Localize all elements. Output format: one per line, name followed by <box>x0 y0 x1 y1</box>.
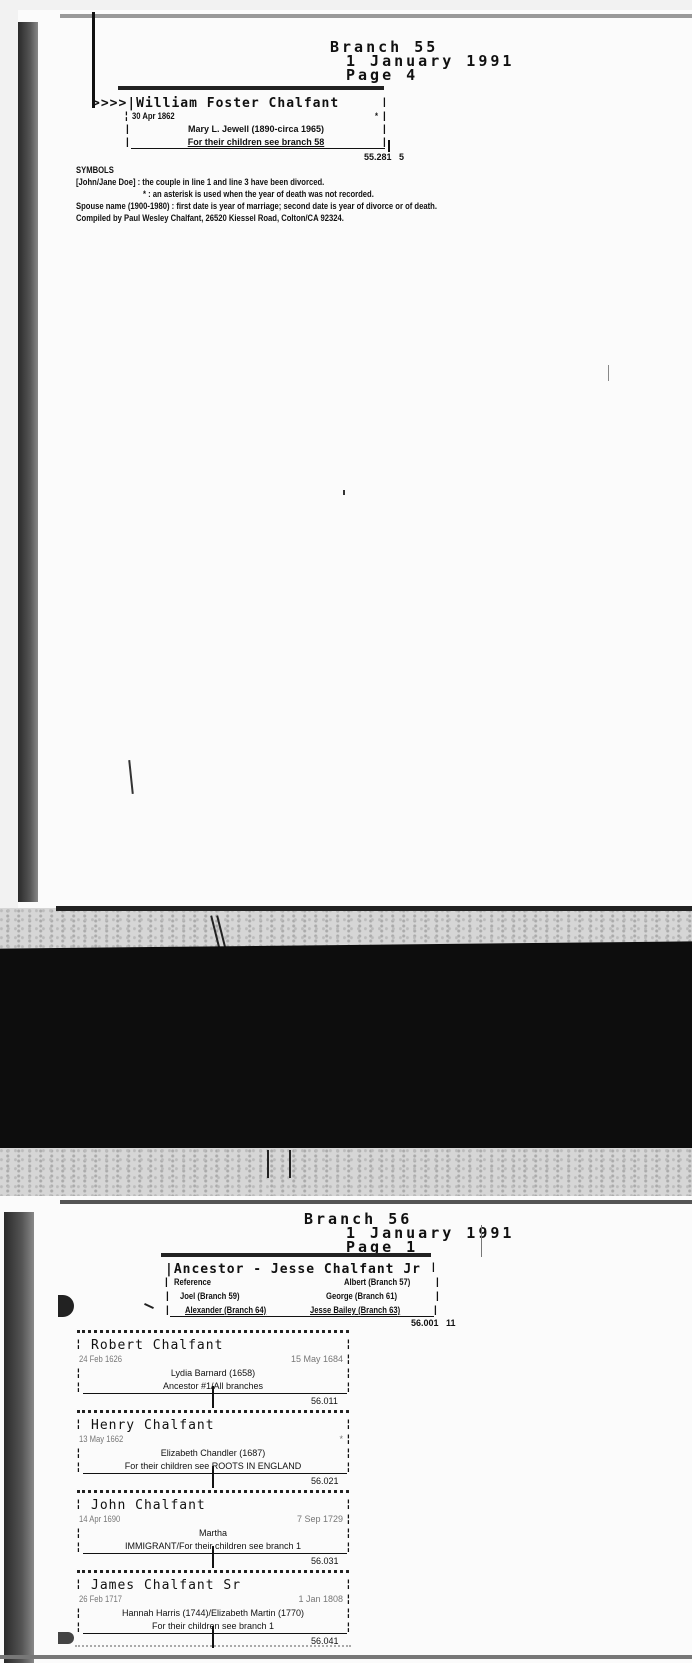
page-bottom-edge <box>0 1655 692 1659</box>
ancestor-bottom-rule <box>170 1316 434 1317</box>
record-bottom-rule <box>83 1393 347 1394</box>
record-right-pipe: ¦ <box>347 1499 350 1510</box>
ancestor-ref-albert: Albert (Branch 57) <box>344 1277 410 1287</box>
scan-scratch <box>267 1150 269 1178</box>
ancestor-top-rule <box>161 1253 431 1257</box>
ancestor-ref-jesse-bailey: Jesse Bailey (Branch 63) <box>310 1305 400 1315</box>
ancestor-left-pipe: | <box>165 1262 174 1277</box>
record-reference-number: 56.031 <box>311 1556 339 1566</box>
ancestor-title: Ancestor - Jesse Chalfant Jr <box>174 1262 421 1277</box>
record-left-pipe: ¦ <box>77 1419 80 1430</box>
record-right-pipe: ¦ <box>347 1462 350 1473</box>
record-right-pipe: ¦ <box>347 1594 350 1605</box>
record-death-date: * <box>75 1434 343 1444</box>
record-right-pipe: ¦ <box>347 1579 350 1590</box>
record-top-dotted-rule <box>77 1570 349 1576</box>
entry-connector <box>388 140 390 152</box>
record-bottom-rule <box>83 1553 347 1554</box>
page-left-edge-shadow <box>18 22 38 902</box>
page-bottom-rule <box>56 906 692 911</box>
entry-left-pipe: | <box>127 96 136 111</box>
record-bottom-rule <box>83 1633 347 1634</box>
symbols-heading: SYMBOLS <box>76 165 114 175</box>
record-spouse: Martha <box>75 1528 351 1538</box>
margin-vertical-rule <box>92 12 95 108</box>
ancestor-left-pipe: | <box>165 1277 168 1288</box>
record-right-pipe: ¦ <box>347 1368 350 1379</box>
record-right-pipe: ¦ <box>347 1528 350 1539</box>
record-right-pipe: ¦ <box>347 1622 350 1633</box>
record-top-dotted-rule <box>77 1410 349 1416</box>
record-top-dotted-rule <box>77 1490 349 1496</box>
entry-right-pipe: | <box>383 137 386 148</box>
record-right-pipe: ¦ <box>347 1448 350 1459</box>
ancestor-right-pipe: | <box>436 1291 439 1302</box>
scan-mark <box>481 1225 482 1257</box>
descent-connector-line <box>212 1386 214 1408</box>
scan-scratch <box>289 1150 291 1178</box>
scan-black-band <box>0 941 692 1158</box>
ancestor-right-pipe: | <box>436 1277 439 1288</box>
ancestor-ref-george: George (Branch 61) <box>326 1291 397 1301</box>
entry-right-pipe: | <box>383 111 386 122</box>
entry-reference-number: 55.281 <box>364 152 392 162</box>
compiler-credit: Compiled by Paul Wesley Chalfant, 26520 … <box>76 213 344 223</box>
lineage-record: ¦ James Chalfant Sr ¦ 26 Feb 1717 1 Jan … <box>75 1570 351 1648</box>
ancestor-reference-label: Reference <box>174 1277 211 1287</box>
lineage-record: ¦ John Chalfant ¦ 14 Apr 1690 7 Sep 1729… <box>75 1490 351 1568</box>
record-reference-number: 56.011 <box>311 1396 338 1406</box>
record-right-pipe: ¦ <box>347 1382 350 1393</box>
record-right-pipe: ¦ <box>347 1434 350 1445</box>
ancestor-left-pipe: | <box>166 1291 169 1302</box>
entry-left-pipe: ¦ <box>125 111 128 122</box>
entry-bottom-rule <box>131 148 385 149</box>
entry-marker: >>>> <box>92 96 127 111</box>
ancestor-reference-number: 56.001 <box>411 1318 439 1328</box>
record-left-pipe: ¦ <box>77 1499 80 1510</box>
scan-mark <box>608 365 609 381</box>
record-top-dotted-rule <box>77 1330 349 1336</box>
descent-connector-line <box>212 1546 214 1568</box>
ancestor-reference-suffix: 11 <box>446 1318 456 1328</box>
record-left-pipe: ¦ <box>77 1579 80 1590</box>
entry-birth-date: 30 Apr 1862 <box>132 111 175 121</box>
ancestor-right-pipe: | <box>432 1262 435 1273</box>
lineage-record: ¦ Robert Chalfant ¦ 24 Feb 1626 15 May 1… <box>75 1330 351 1408</box>
entry-reference-suffix: 5 <box>399 152 404 162</box>
record-reference-number: 56.021 <box>311 1476 339 1486</box>
entry-death-flag: * <box>375 111 378 121</box>
record-spouse: Lydia Barnard (1658) <box>75 1368 351 1378</box>
record-name: Robert Chalfant <box>91 1338 223 1353</box>
record-right-pipe: ¦ <box>347 1542 350 1553</box>
ancestor-ref-alexander: Alexander (Branch 64) <box>185 1305 266 1315</box>
lineage-record: ¦ Henry Chalfant ¦ 13 May 1662 * ¦ ¦ Eli… <box>75 1410 351 1488</box>
scan-speck <box>343 490 345 495</box>
entry-top-rule <box>118 86 384 90</box>
record-right-pipe: ¦ <box>347 1608 350 1619</box>
page-left-edge-shadow <box>4 1212 34 1663</box>
record-bottom-rule <box>83 1473 347 1474</box>
record-name: James Chalfant Sr <box>91 1578 241 1593</box>
record-right-pipe: ¦ <box>347 1514 350 1525</box>
record-spouse: Hannah Harris (1744)/Elizabeth Martin (1… <box>75 1608 351 1618</box>
entry-spouse: Mary L. Jewell (1890-circa 1965) <box>126 124 386 134</box>
page-number: Page 4 <box>346 68 418 83</box>
entry-right-pipe: | <box>383 124 386 135</box>
record-death-date: 15 May 1684 <box>75 1354 343 1364</box>
record-right-pipe: ¦ <box>347 1419 350 1430</box>
record-name: John Chalfant <box>91 1498 206 1513</box>
ancestor-ref-joel: Joel (Branch 59) <box>180 1291 240 1301</box>
symbols-line-asterisk: * : an asterisk is used when the year of… <box>143 189 374 199</box>
page-top-rule <box>60 14 692 18</box>
symbols-line-spouse-dates: Spouse name (1900-1980) : first date is … <box>76 201 437 211</box>
entry-name: William Foster Chalfant <box>136 96 339 111</box>
ancestor-right-pipe: | <box>434 1305 437 1316</box>
record-left-pipe: ¦ <box>77 1339 80 1350</box>
record-name: Henry Chalfant <box>91 1418 215 1433</box>
symbols-line-divorced: [John/Jane Doe] : the couple in line 1 a… <box>76 177 324 187</box>
record-spouse: Elizabeth Chandler (1687) <box>75 1448 351 1458</box>
ancestor-left-pipe: | <box>166 1305 169 1316</box>
ancestor-title-line: |Ancestor - Jesse Chalfant Jr <box>165 1262 421 1277</box>
scan-gray-strip-bottom <box>0 1148 692 1198</box>
entry-name-line: >>>>|William Foster Chalfant <box>92 96 339 111</box>
page-top-rule <box>60 1200 692 1204</box>
descent-connector-line <box>212 1466 214 1488</box>
record-death-date: 1 Jan 1808 <box>75 1594 343 1604</box>
record-right-pipe: ¦ <box>347 1354 350 1365</box>
hole-punch <box>58 1632 74 1644</box>
entry-right-pipe: | <box>383 97 386 108</box>
record-death-date: 7 Sep 1729 <box>75 1514 343 1524</box>
record-right-pipe: ¦ <box>347 1339 350 1350</box>
entry-children-note: For their children see branch 58 <box>126 137 386 147</box>
page-bottom-faint-rule <box>75 1645 351 1649</box>
